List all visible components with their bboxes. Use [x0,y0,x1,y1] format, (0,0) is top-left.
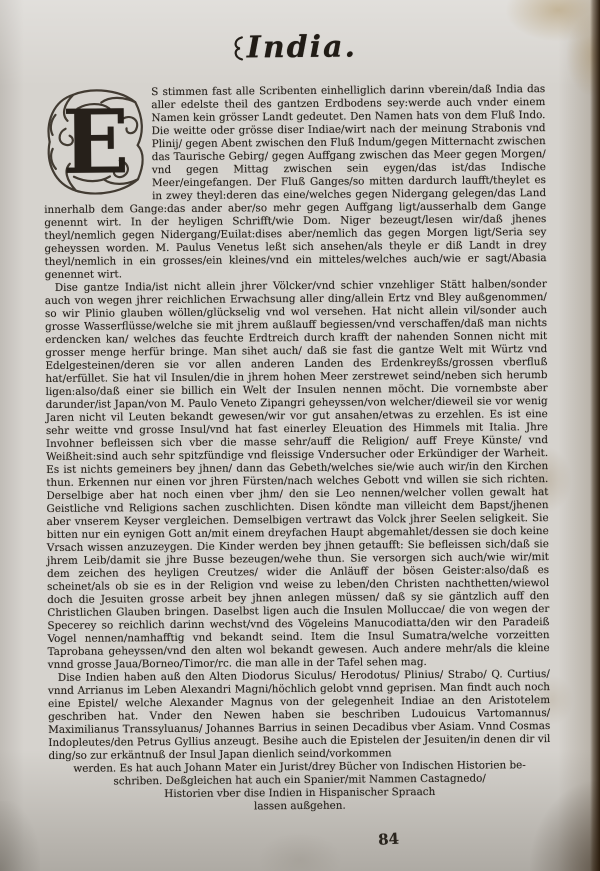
page-title: India. [247,30,357,66]
ornate-initial-capital: E [43,88,144,195]
paragraph-2-text: Dise gantze India/ist nicht allein jhrer… [45,278,550,671]
book-page-photo: India. [0,0,600,871]
bottom-right-shadow [530,781,600,871]
book-fore-edge [590,0,600,871]
paragraph-2: Dise gantze India/ist nicht allein jhrer… [45,278,550,672]
closing-line-4: lassen außgehen. [49,798,551,815]
paragraph-3: Dise Indien haben auß den Alten Diodorus… [48,668,551,763]
title-flourish-icon [231,34,245,62]
page-number-row: 84 [49,828,551,851]
page-title-row: India. [43,28,545,72]
drop-cap-letter: E [62,89,130,194]
closing-lines: werden. Es hat auch Johann Mater ein Jur… [49,759,551,815]
paragraph-1: E S stimmen fast alle Scribenten einhell… [43,83,547,282]
page-number: 84 [377,830,399,849]
bottom-left-shadow [0,801,40,871]
page-content: India. [43,28,551,851]
paragraph-3-text: Dise Indien haben auß den Alten Diodorus… [48,668,550,762]
drop-cap-ornament-icon: E [43,88,144,195]
